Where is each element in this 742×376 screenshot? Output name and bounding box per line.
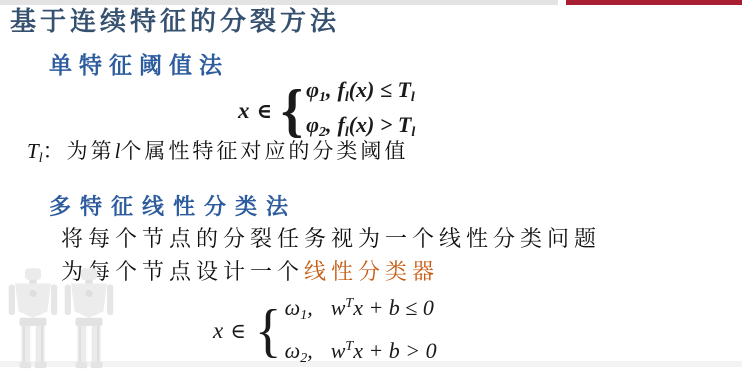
math-expression: (x) ≤: [349, 77, 398, 102]
math-threshold: T: [398, 112, 411, 137]
robot-watermark-icon: [6, 268, 60, 372]
math-threshold: T: [397, 77, 410, 102]
section-heading-single-feature-threshold: 单特征阈值法: [49, 47, 229, 80]
section-heading-multi-feature-linear: 多特征线性分类法: [49, 190, 297, 221]
slide-canvas: 基于连续特征的分裂方法 单特征阈值法 x ∈ { φ1,fl(x) ≤ Tl φ…: [0, 0, 742, 376]
math-subscript: 1: [319, 90, 326, 105]
threshold-definition-note: Tl：为第l个属性特征对应的分类阈值: [27, 135, 408, 167]
math-function: f: [338, 77, 345, 102]
formula-row: ω2,wTx + b > 0: [285, 331, 437, 374]
math-subscript: l: [411, 90, 415, 105]
math-expression: (x) >: [349, 112, 398, 137]
math-class-symbol: ω: [285, 338, 301, 363]
math-weight-vector: w: [331, 295, 346, 320]
math-var-x: x: [213, 318, 223, 344]
slide-title: 基于连续特征的分裂方法: [10, 1, 340, 38]
math-threshold: T: [27, 139, 39, 163]
math-var-x: x: [238, 98, 250, 124]
math-element-of: ∈: [230, 319, 246, 344]
formula-linear-classifier: x ∈ { ω1,wTx + b ≤ 0 ω2,wTx + b > 0: [213, 288, 437, 374]
robot-watermark-group: [6, 268, 118, 372]
math-class-symbol: φ: [306, 77, 319, 102]
math-function: f: [338, 112, 345, 137]
math-expression: x + b > 0: [353, 338, 436, 363]
math-comma: ,: [326, 77, 332, 102]
note-text-pre: 为第: [67, 139, 115, 163]
math-weight-vector: w: [331, 338, 346, 363]
math-class-symbol: ω: [285, 295, 301, 320]
note-text-post: 个属性特征对应的分类阈值: [120, 139, 408, 163]
math-comma: ,: [307, 295, 313, 320]
robot-watermark-icon: [62, 268, 116, 372]
math-comma: ,: [307, 338, 313, 363]
formula-row: φ1,fl(x) ≤ Tl: [306, 76, 415, 111]
math-class-symbol: φ: [306, 112, 319, 137]
math-element-of: ∈: [257, 98, 273, 124]
top-bar-red: [566, 0, 742, 5]
math-comma: ,: [326, 112, 332, 137]
math-left-brace: {: [255, 302, 282, 361]
formula-row: ω1,wTx + b ≤ 0: [285, 288, 437, 331]
math-expression: x + b ≤ 0: [353, 295, 434, 320]
math-left-brace: {: [281, 82, 303, 141]
highlight-linear-classifier: 线性分类器: [304, 259, 439, 284]
body-line-split-as-linear-classification: 将每个节点的分裂任务视为一个线性分类问题: [61, 222, 601, 253]
math-subscript: l: [411, 125, 415, 140]
note-colon: ：: [43, 139, 67, 163]
